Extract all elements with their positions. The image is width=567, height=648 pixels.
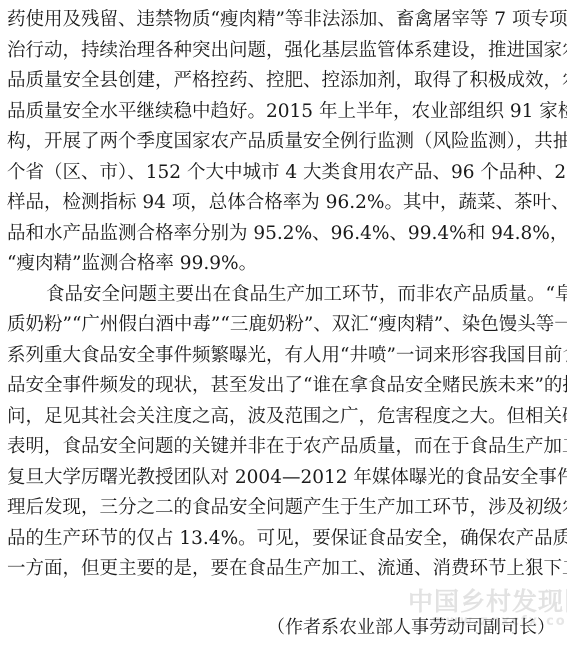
text-line: 理后发现，三分之二的食品安全问题产生于生产加工环节，涉及初级农产 (7, 493, 558, 523)
document-page: 药使用及残留、违禁物质“瘦肉精”等非法添加、畜禽屠宰等 7 项专项整 治行动，持… (0, 0, 567, 648)
text-line: 治行动，持续治理各种突出问题，强化基层监管体系建设，推进国家农产 (7, 36, 558, 66)
text-line: 个省（区、市）、152 个大中城市 4 大类食用农产品、96 个品种、20948… (7, 158, 558, 188)
text-line: 复旦大学厉曙光教授团队对 2004—2012 年媒体曝光的食品安全事件进行梳 (7, 463, 558, 493)
text-line: 构，开展了两个季度国家农产品质量安全例行监测（风险监测），共抽检 31 (7, 127, 558, 157)
text-line: 系列重大食品安全事件频繁曝光，有人用“井喷”一词来形容我国目前食 (7, 341, 558, 371)
text-line: 品安全事件频发的现状，甚至发出了“谁在拿食品安全赌民族未来”的拷 (7, 371, 558, 401)
text-line: 品的生产环节的仅占 13.4%。可见，要保证食品安全，确保农产品质量是 (7, 524, 558, 554)
text-line: 品质量安全县创建，严格控药、控肥、控添加剂，取得了积极成效，农产 (7, 66, 558, 96)
text-line: 质奶粉”“广州假白酒中毒”“三鹿奶粉”、双汇“瘦肉精”、染色馒头等一 (7, 310, 558, 340)
text-line: 药使用及残留、违禁物质“瘦肉精”等非法添加、畜禽屠宰等 7 项专项整 (7, 5, 558, 35)
author-note: （作者系农业部人事劳动司副司长） (267, 613, 555, 643)
text-line: 问，足见其社会关注度之高，波及范围之广，危害程度之大。但相关研究 (7, 402, 558, 432)
text-line: 食品安全问题主要出在食品生产加工环节，而非农产品质量。“阜阳劣 (46, 280, 558, 310)
text-line: 表明，食品安全问题的关键并非在于农产品质量，而在于食品生产加工。 (7, 432, 558, 462)
text-line: 一方面，但更主要的是，要在食品生产加工、流通、消费环节上狠下工夫。 (7, 554, 558, 584)
text-line: 品质量安全水平继续稳中趋好。2015 年上半年，农业部组织 91 家检测机 (7, 97, 558, 127)
text-line: 样品，检测指标 94 项，总体合格率为 96.2%。其中，蔬菜、茶叶、畜禽产 (7, 188, 558, 218)
text-line: “瘦肉精”监测合格率 99.9%。 (7, 249, 558, 279)
text-line: 品和水产品监测合格率分别为 95.2%、96.4%、99.4%和 94.8%，畜… (7, 219, 558, 249)
